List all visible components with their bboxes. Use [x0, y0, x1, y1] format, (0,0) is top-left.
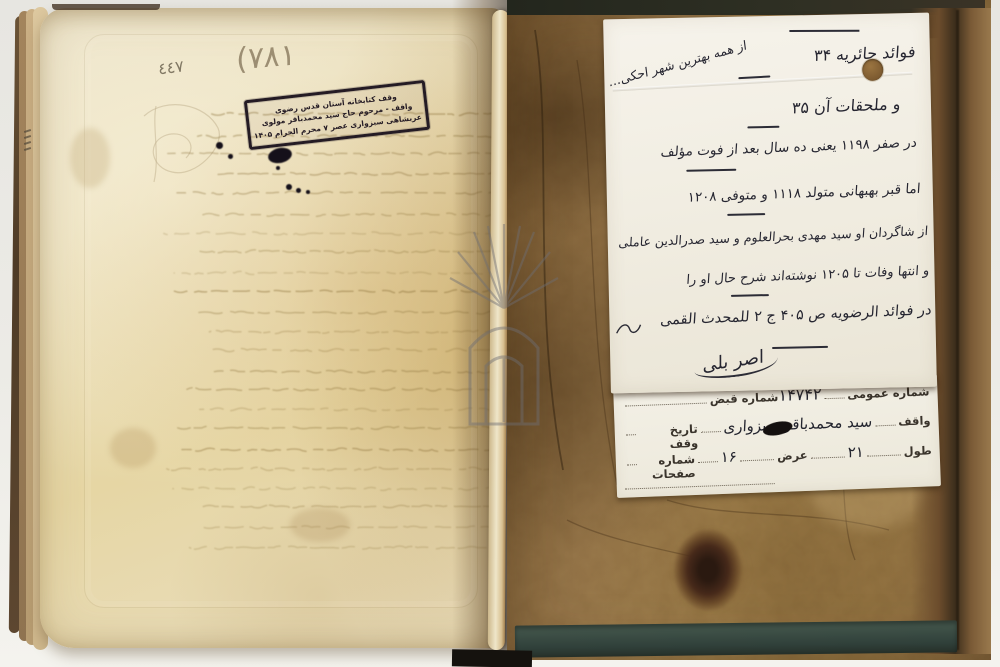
- dotted-leader: [627, 464, 637, 465]
- note-line-2: و ملحقات آن ۳۵: [792, 94, 902, 117]
- cover-bottom-edge: [515, 620, 957, 657]
- dotted-leader: [811, 457, 845, 459]
- ink-blot: [216, 142, 223, 149]
- inner-cover: شماره عمومی ۱۴۷۴۲ شماره قبض واقف سید محم…: [507, 0, 991, 660]
- note-line-4: اما قبر بهبهانی متولد ۱۱۱۸ و متوفی ۱۲۰۸: [688, 181, 922, 206]
- pencil-sketch: [126, 86, 246, 196]
- dotted-leader: [867, 454, 901, 456]
- note-line-6: و انتها وفات تا ۱۲۰۵ نوشته‌اند شرح حال ا…: [686, 264, 930, 288]
- pen-rule-mark: [789, 30, 859, 32]
- ink-folio-number: (۷۸۱: [236, 37, 296, 77]
- spine-annotation: [24, 126, 32, 168]
- note-line-7: در فوائد الرضویه ص ۴۰۵ ج ۲ للمحدث القمی: [660, 302, 932, 328]
- receipt-number-label: شماره قبض: [709, 390, 778, 407]
- library-watermark: [440, 216, 568, 436]
- width-value: ۱۶: [721, 447, 738, 466]
- note-line-3: در صفر ۱۱۹۸ یعنی ده سال بعد از فوت مؤلف: [660, 135, 917, 161]
- dotted-leader: [626, 434, 636, 435]
- lower-board-edge: [452, 649, 532, 667]
- foxing-stain: [110, 428, 156, 468]
- donor-label: واقف: [898, 413, 931, 428]
- note-line-5: از شاگردان او سید مهدی بحرالعلوم و سید ص…: [618, 223, 929, 250]
- dotted-leader: [698, 461, 718, 463]
- punch-hole: [862, 59, 883, 81]
- catalog-form-label: شماره عمومی ۱۴۷۴۲ شماره قبض واقف سید محم…: [613, 374, 941, 498]
- number-underline: [738, 75, 770, 79]
- dotted-leader: [625, 403, 707, 407]
- number-underline: [772, 346, 828, 349]
- width-label: عرض: [777, 448, 808, 463]
- ink-blot: [276, 166, 280, 170]
- length-label: طول: [903, 443, 932, 458]
- number-underline: [686, 169, 736, 172]
- pencil-number: ٤٤٧: [157, 56, 185, 78]
- manuscript-photograph: (۷۸۱ ٤٤٧ وقف کتابخانه آستان قدس رضوی واق…: [0, 0, 1000, 667]
- ink-blot: [306, 190, 310, 194]
- page-face: (۷۸۱ ٤٤٧ وقف کتابخانه آستان قدس رضوی واق…: [40, 8, 504, 648]
- dotted-leader: [625, 483, 775, 489]
- ink-blot: [286, 184, 292, 190]
- number-underline: [731, 294, 769, 297]
- dotted-leader: [875, 425, 895, 427]
- number-underline: [727, 213, 765, 216]
- ink-blot: [296, 188, 301, 193]
- dotted-leader: [824, 398, 844, 400]
- dotted-leader: [701, 431, 721, 433]
- number-underline: [747, 126, 779, 129]
- left-page: (۷۸۱ ٤٤٧ وقف کتابخانه آستان قدس رضوی واق…: [12, 4, 508, 660]
- waqf-date-label: تاریخ وقف: [638, 422, 698, 452]
- pages-count-label: شماره صفحات: [640, 452, 696, 482]
- ink-blot: [228, 154, 233, 159]
- foxing-stain: [290, 508, 350, 542]
- length-value: ۲۱: [847, 443, 864, 462]
- leaf-edge-sliver: [52, 4, 160, 10]
- cover-edge-ridge: [956, 10, 959, 650]
- catalog-note-label: از همه بهترین شهر احکی… فوائد حائریه ۳۴ …: [603, 13, 937, 394]
- dotted-leader: [740, 459, 774, 461]
- ink-stain: [673, 528, 743, 612]
- margin-scribble: [613, 315, 644, 342]
- foxing-stain: [70, 128, 110, 188]
